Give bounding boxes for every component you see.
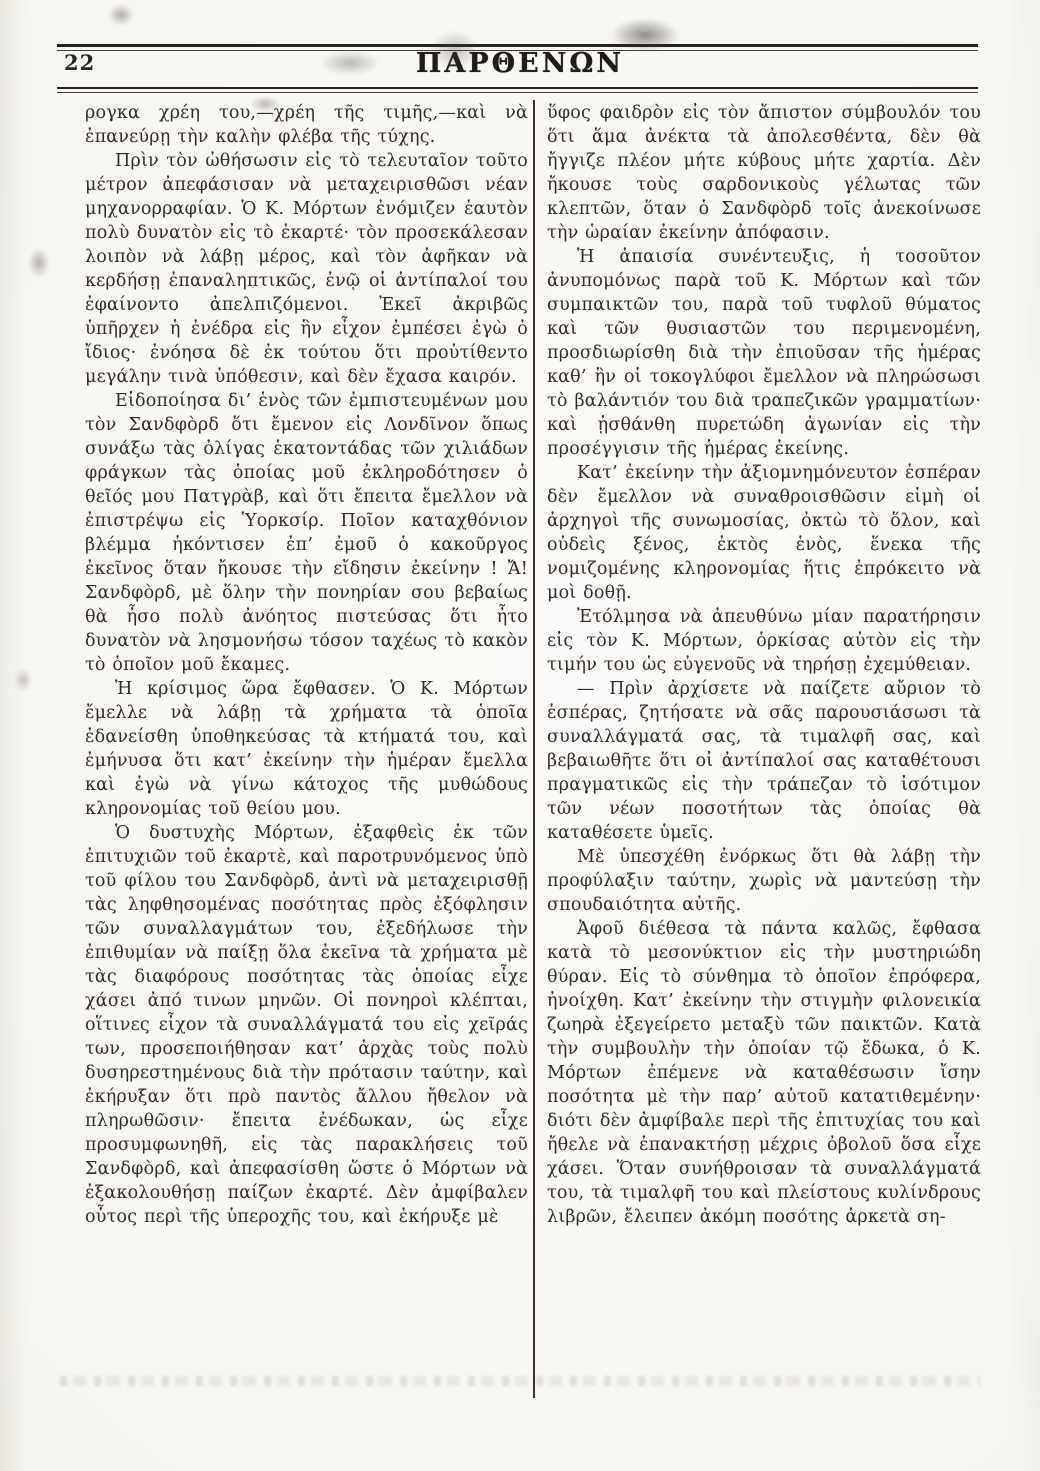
right-column: ὕφος φαιδρὸν εἰς τὸν ἄπιστον σύμβουλόν τ… <box>547 101 981 1229</box>
paragraph: Ἀφοῦ διέθεσα τὰ πάντα καλῶς, ἔφθασα κατὰ… <box>547 917 981 1229</box>
left-column: ρογκα χρέη του,—χρέη τῆς τιμῆς,—καὶ νὰ ἐ… <box>85 101 528 1229</box>
paragraph: Ὁ δυστυχὴς Μόρτων, ἐξαφθεὶς ἐκ τῶν ἐπιτυ… <box>85 821 528 1229</box>
scan-artifact <box>108 4 134 26</box>
paragraph: ὕφος φαιδρὸν εἰς τὸν ἄπιστον σύμβουλόν τ… <box>547 101 981 245</box>
paragraph: Ἡ κρίσιμος ὥρα ἔφθασεν. Ὁ Κ. Μόρτων ἔμελ… <box>85 677 528 821</box>
journal-title: ΠΑΡΘΕΝΩΝ <box>0 48 1040 79</box>
scan-artifact <box>14 668 32 692</box>
paragraph: Μὲ ὑπεσχέθη ἐνόρκως ὅτι θὰ λάβῃ τὴν προφ… <box>547 845 981 917</box>
scan-artifact <box>28 248 50 278</box>
header-rule-bottom-thick <box>57 87 978 89</box>
header-rule-bottom-thin <box>57 92 978 93</box>
paragraph: Ἐτόλμησα νὰ ἀπευθύνω μίαν παρατήρησιν εἰ… <box>547 605 981 677</box>
paragraph: Πρὶν τὸν ὠθήσωσιν εἰς τὸ τελευταῖον τοῦτ… <box>85 149 528 389</box>
scan-bleedthrough <box>60 1376 980 1386</box>
column-divider-rule <box>533 100 535 1398</box>
paragraph: ρογκα χρέη του,—χρέη τῆς τιμῆς,—καὶ νὰ ἐ… <box>85 101 528 149</box>
paragraph: Ἡ ἀπαισία συνέντευξις, ἡ τοσοῦτον ἀνυπομ… <box>547 245 981 461</box>
paragraph: — Πρὶν ἀρχίσετε νὰ παίζετε αὔριον τὸ ἑσπ… <box>547 677 981 845</box>
header-rule-top-thick <box>57 44 978 47</box>
scanned-page: 22 ΠΑΡΘΕΝΩΝ ρογκα χρέη του,—χρέη τῆς τιμ… <box>0 0 1040 1471</box>
paragraph: Εἰδοποίησα δι’ ἑνὸς τῶν ἐμπιστευμένων μο… <box>85 389 528 677</box>
paragraph: Κατ’ ἐκείνην τὴν ἀξιομνημόνευτον ἑσπέραν… <box>547 461 981 605</box>
